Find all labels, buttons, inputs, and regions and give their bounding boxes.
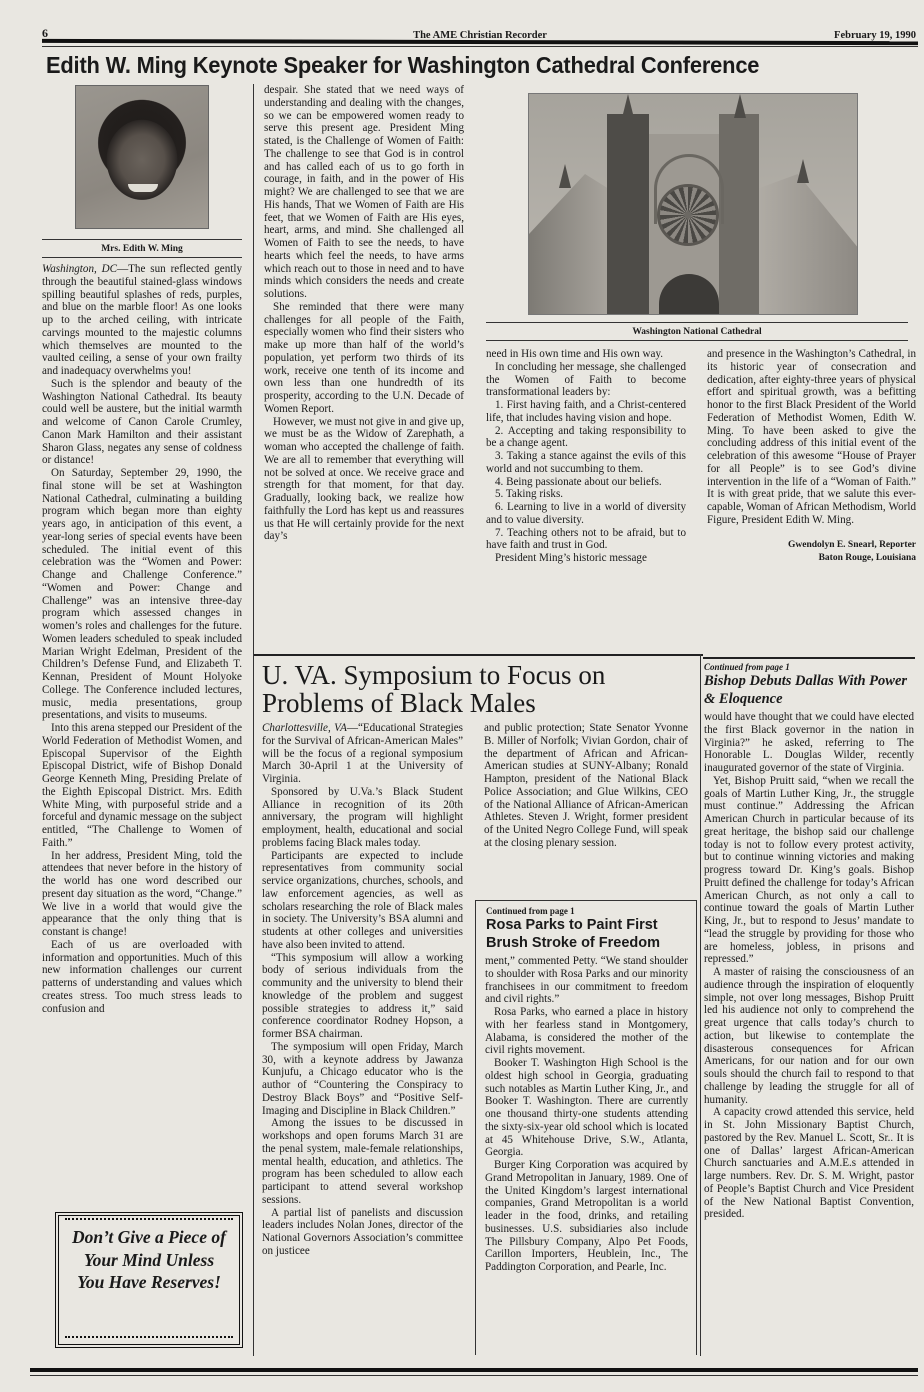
- newspaper-page: 6 The AME Christian Recorder February 19…: [0, 0, 924, 1392]
- leadership-point: 7. Teaching others not to be afraid, but…: [486, 527, 686, 553]
- rosa-parks-header: Continued from page 1 Rosa Parks to Pain…: [486, 906, 686, 952]
- ming-article-headline: Edith W. Ming Keynote Speaker for Washin…: [46, 52, 855, 79]
- continued-label: Continued from page 1: [704, 662, 916, 672]
- leadership-point: 5. Taking risks.: [486, 488, 686, 501]
- symposium-column-1: Charlottesville, VA—“Educational Strateg…: [262, 722, 463, 1258]
- footer-rule: [30, 1368, 918, 1372]
- section-divider: [253, 654, 703, 656]
- leadership-point: 3. Taking a stance against the evils of …: [486, 450, 686, 476]
- symposium-column-2: and public protection; State Senator Yvo…: [484, 722, 688, 850]
- washington-cathedral-photo: [528, 93, 858, 315]
- bishop-header: Continued from page 1 Bishop Debuts Dall…: [704, 662, 916, 708]
- byline-name: Gwendolyn E. Snearl, Reporter: [707, 539, 916, 552]
- symposium-headline: U. VA. Symposium to Focus on Problems of…: [262, 661, 692, 717]
- leadership-point: 4. Being passionate about our beliefs.: [486, 476, 686, 489]
- footer-rule-thin: [30, 1375, 918, 1376]
- rosa-parks-headline: Rosa Parks to Paint First Brush Stroke o…: [486, 916, 686, 952]
- ming-column-1: Washington, DC—The sun reflected gently …: [42, 263, 242, 1015]
- symposium-dateline: Charlottesville, VA: [262, 722, 347, 734]
- leadership-point: 2. Accepting and taking responsibility t…: [486, 425, 686, 451]
- bishop-body: would have thought that we could have el…: [704, 711, 914, 1221]
- issue-date: February 19, 1990: [834, 30, 916, 41]
- column-divider: [253, 654, 254, 1356]
- ming-column-3: need in His own time and His own way. In…: [486, 348, 686, 565]
- quote-box: Don’t Give a Piece of Your Mind Unless Y…: [55, 1212, 243, 1348]
- bishop-headline: Bishop Debuts Dallas With Power & Eloque…: [704, 672, 916, 708]
- edith-ming-portrait-photo: [75, 85, 209, 229]
- quote-text: Don’t Give a Piece of Your Mind Unless Y…: [71, 1226, 227, 1294]
- ming-column-2: despair. She stated that we need ways of…: [264, 84, 464, 543]
- cathedral-caption: Washington National Cathedral: [486, 322, 908, 341]
- leadership-point: 1. First having faith, and a Christ-cent…: [486, 399, 686, 425]
- continued-label: Continued from page 1: [486, 906, 686, 916]
- ornament-border-top: [65, 1218, 233, 1224]
- rosa-parks-body: ment,” commented Petty. “We stand should…: [485, 955, 688, 1274]
- portrait-caption: Mrs. Edith W. Ming: [42, 239, 242, 258]
- ornament-border-bottom: [65, 1336, 233, 1342]
- column-divider: [253, 84, 254, 654]
- section-divider: [703, 657, 915, 659]
- ming-column-4: and presence in the Washington’s Cathedr…: [707, 348, 916, 565]
- byline-place: Baton Rouge, Louisiana: [707, 552, 916, 565]
- ming-dateline: Washington, DC: [42, 263, 117, 275]
- column-divider: [700, 654, 701, 1356]
- portrait-smile: [128, 184, 158, 192]
- masthead-rule-thin: [42, 46, 918, 47]
- rose-window: [657, 184, 719, 246]
- leadership-point: 6. Learning to live in a world of divers…: [486, 501, 686, 527]
